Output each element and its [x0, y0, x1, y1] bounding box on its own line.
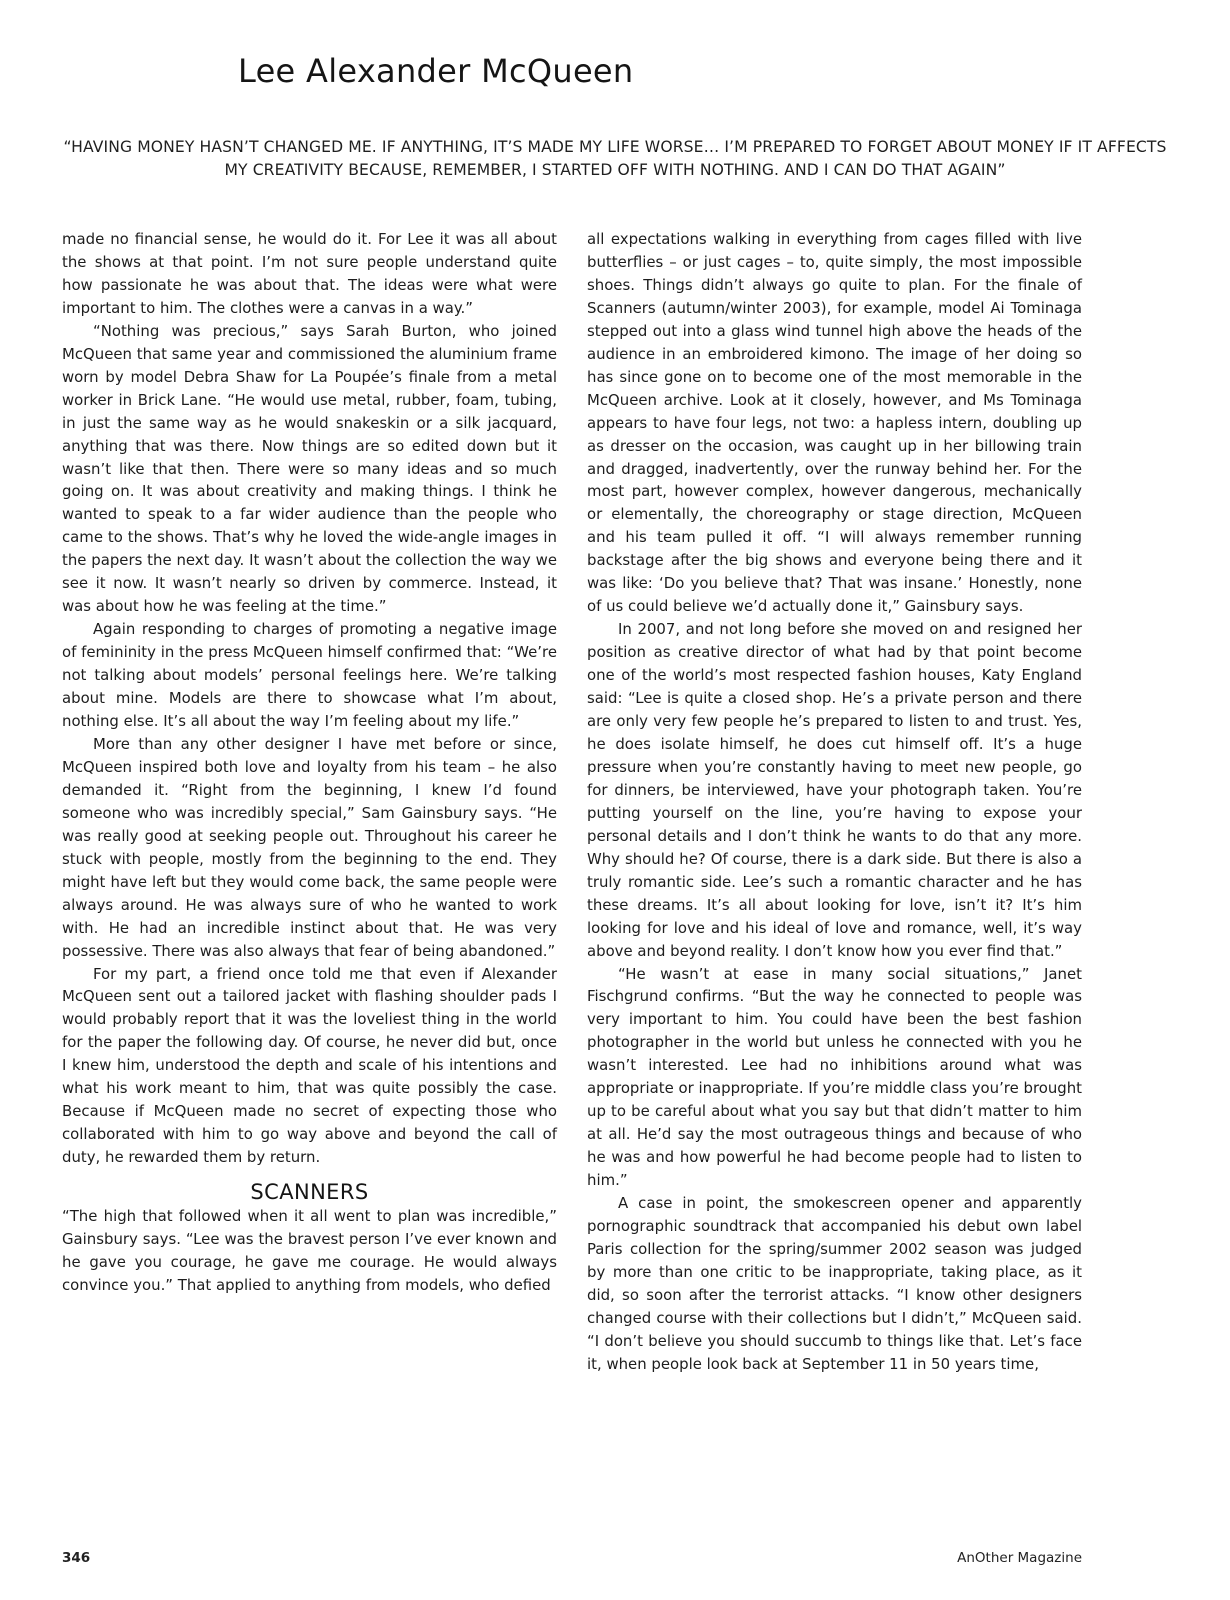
- body-paragraph: For my part, a friend once told me that …: [62, 963, 557, 1170]
- body-paragraph: “Nothing was precious,” says Sarah Burto…: [62, 320, 557, 618]
- body-paragraph: Again responding to charges of promoting…: [62, 618, 557, 733]
- body-paragraph: made no financial sense, he would do it.…: [62, 228, 557, 320]
- publication-name: AnOther Magazine: [957, 1550, 1082, 1566]
- left-column: made no financial sense, he would do it.…: [62, 228, 557, 1297]
- page-number: 346: [62, 1550, 90, 1566]
- body-paragraph: A case in point, the smokescreen opener …: [587, 1192, 1082, 1376]
- right-column: all expectations walking in everything f…: [587, 228, 1082, 1376]
- body-paragraph: all expectations walking in everything f…: [587, 228, 1082, 618]
- body-paragraph: More than any other designer I have met …: [62, 733, 557, 963]
- body-paragraph: “He wasn’t at ease in many social situat…: [587, 963, 1082, 1193]
- body-paragraph: “The high that followed when it all went…: [62, 1205, 557, 1297]
- pull-quote: “HAVING MONEY HASN’T CHANGED ME. IF ANYT…: [50, 136, 1180, 182]
- section-subheading: SCANNERS: [62, 1179, 557, 1205]
- article-title: Lee Alexander McQueen: [238, 52, 634, 90]
- body-paragraph: In 2007, and not long before she moved o…: [587, 618, 1082, 962]
